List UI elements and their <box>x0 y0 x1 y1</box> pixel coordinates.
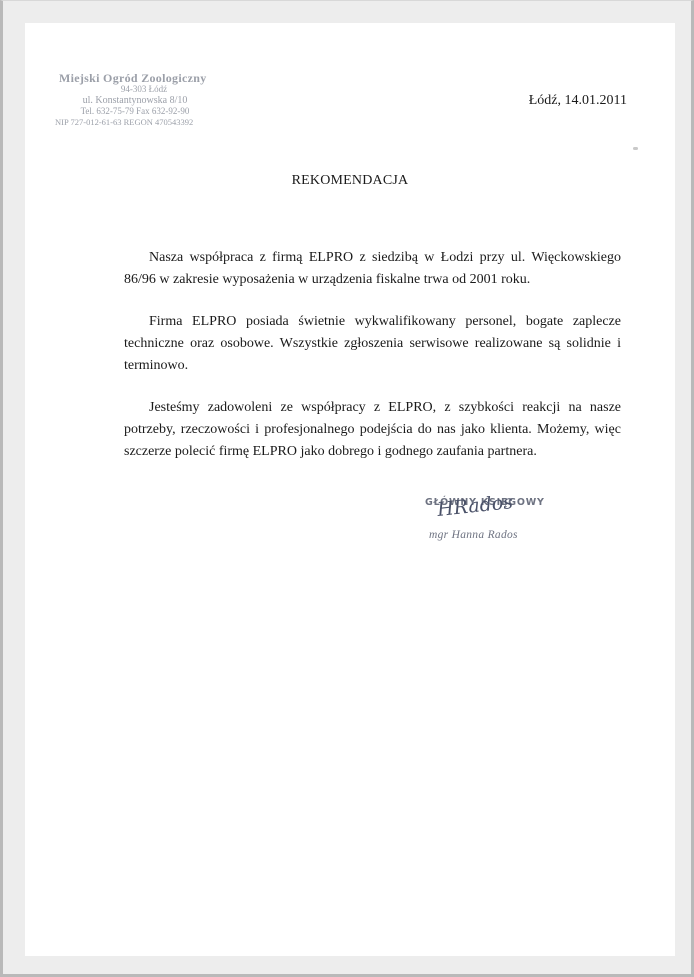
paragraph-2: Firma ELPRO posiada świetnie wykwalifiko… <box>124 311 621 377</box>
stamp-phone-fax: Tel. 632-75-79 Fax 632-92-90 <box>55 106 215 117</box>
stamp-nip-regon: NIP 727-012-61-63 REGON 470543392 <box>55 117 215 128</box>
company-stamp: Miejski Ogród Zoologiczny 94-303 Łódź ul… <box>55 73 215 128</box>
document-page: Miejski Ogród Zoologiczny 94-303 Łódź ul… <box>25 23 675 956</box>
signatory-name: mgr Hanna Rados <box>429 529 518 541</box>
document-title: REKOMENDACJA <box>25 173 675 189</box>
signature-block: GŁÓWNY KSIĘGOWY HRados mgr Hanna Rados <box>421 495 571 555</box>
paragraph-3: Jesteśmy zadowoleni ze współpracy z ELPR… <box>124 397 621 463</box>
paragraph-1: Nasza współpraca z firmą ELPRO z siedzib… <box>124 247 621 291</box>
document-frame: Miejski Ogród Zoologiczny 94-303 Łódź ul… <box>0 0 694 977</box>
stamp-address: ul. Konstantynowska 8/10 <box>55 95 215 106</box>
document-date: Łódź, 14.01.2011 <box>529 93 627 109</box>
handwritten-signature: HRados <box>436 491 514 521</box>
letter-body: Nasza współpraca z firmą ELPRO z siedzib… <box>124 247 621 483</box>
scan-speck <box>633 147 638 150</box>
stamp-postal-code: 94-303 Łódź <box>55 84 215 95</box>
stamp-org-name: Miejski Ogród Zoologiczny <box>55 73 215 84</box>
